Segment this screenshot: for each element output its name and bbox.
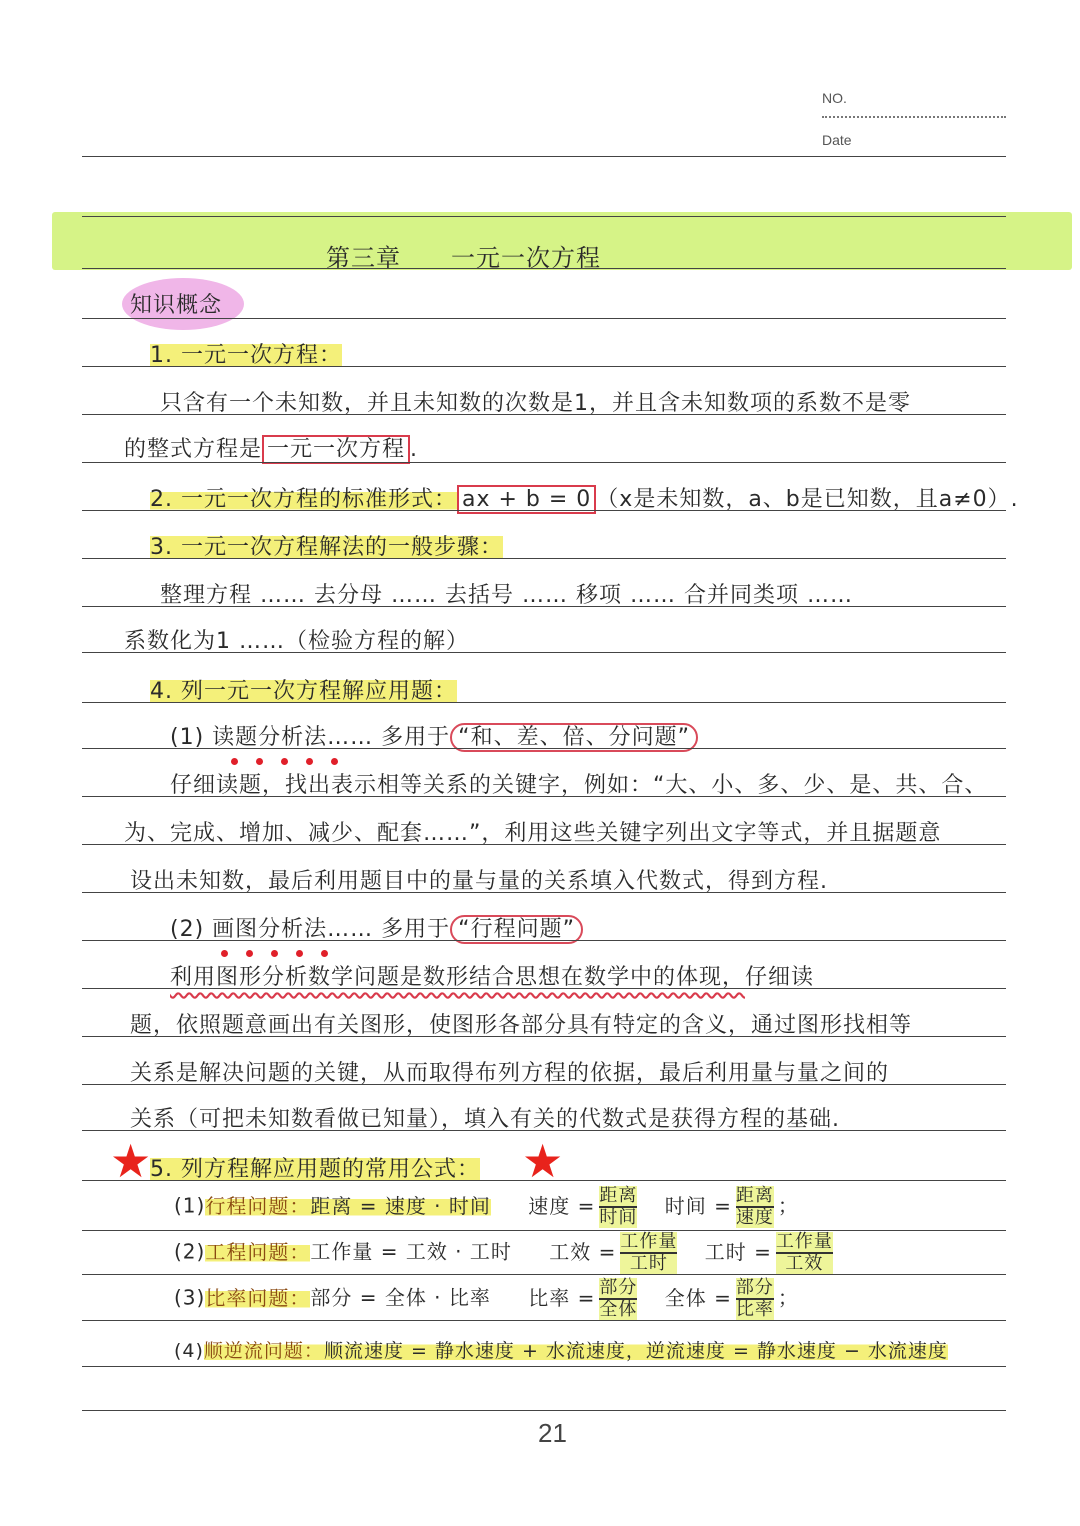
text: 仔细读 — [745, 965, 814, 990]
rule — [82, 462, 1006, 463]
formula-row-2: (2)工程问题：工作量 = 工效 · 工时 工效 =工作量工时 工时 =工作量工… — [174, 1232, 837, 1274]
text: . — [410, 437, 418, 462]
rule — [82, 216, 1006, 217]
method-1-body-1: 仔细读题，找出表示相等关系的关键字，例如：“大、小、多、少、是、共、合、 — [170, 768, 987, 799]
formula-name: 工程问题： — [205, 1240, 310, 1264]
formula-name: 行程问题： — [205, 1194, 310, 1218]
rule — [82, 652, 1006, 653]
method-1-body-3: 设出未知数，最后利用题目中的量与量的关系填入代数式，得到方程. — [130, 864, 828, 895]
header-rule — [82, 156, 1006, 157]
fraction: 工作量工效 — [776, 1232, 833, 1274]
formula-lhs: 全体 = — [665, 1286, 732, 1310]
formula-num: (3) — [174, 1286, 205, 1310]
formula-row-3: (3)比率问题：部分 = 全体 · 比率 比率 =部分全体 全体 =部分比率； — [174, 1278, 799, 1320]
item-3-body-1: 整理方程 …… 去分母 …… 去括号 …… 移项 …… 合并同类项 …… — [160, 578, 853, 609]
text: 的整式方程是 — [124, 437, 262, 462]
page-number: 21 — [538, 1418, 567, 1449]
item-1-title: 1. 一元一次方程： — [150, 338, 342, 369]
boxed-term: 一元一次方程 — [262, 435, 410, 464]
formula-lhs: 工时 = — [705, 1240, 772, 1264]
rule — [82, 558, 1006, 559]
rule — [82, 892, 1006, 893]
method-1-mid: …… 多用于 — [327, 725, 450, 750]
fraction: 部分全体 — [599, 1278, 637, 1320]
formula-main: 顺流速度 = 静水速度 + 水流速度，逆流速度 = 静水速度 − 水流速度 — [324, 1340, 948, 1362]
rule — [82, 606, 1006, 607]
method-2-body-2: 题，依照题意画出有关图形，使图形各部分具有特定的含义，通过图形找相等 — [130, 1008, 912, 1039]
formula-lhs: 比率 = — [528, 1286, 595, 1310]
rule — [82, 510, 1006, 511]
wavy-underlined-text: 利用图形分析数学问题是数形结合思想在数学中的体现， — [170, 965, 745, 990]
method-2: (2) 画图分析法…… 多用于“行程问题” — [170, 912, 583, 943]
formula-lhs: 工效 = — [549, 1240, 616, 1264]
rule — [82, 844, 1006, 845]
item-3-body-2: 系数化为1 ……（检验方程的解） — [124, 624, 469, 655]
formula-row-4: (4)顺逆流问题：顺流速度 = 静水速度 + 水流速度，逆流速度 = 静水速度 … — [174, 1336, 948, 1363]
rule — [82, 1320, 1006, 1321]
rule — [82, 702, 1006, 703]
rule — [82, 1180, 1006, 1181]
rule — [82, 940, 1006, 941]
formula-num: (1) — [174, 1194, 205, 1218]
formula-name: 比率问题： — [205, 1286, 310, 1310]
rule — [82, 366, 1006, 367]
section-tag: 知识概念 — [130, 288, 222, 319]
formula-main: 部分 = 全体 · 比率 — [310, 1286, 491, 1310]
rule — [82, 318, 1006, 319]
rule — [82, 1036, 1006, 1037]
item-1-body-2: 的整式方程是一元一次方程. — [124, 432, 418, 463]
formula-lhs: 速度 = — [528, 1194, 595, 1218]
rule — [82, 1130, 1006, 1131]
formula-row-1: (1)行程问题：距离 = 速度 · 时间 速度 =距离时间 时间 =距离速度； — [174, 1186, 799, 1228]
formula-lhs: 时间 = — [665, 1194, 732, 1218]
formula-main: 距离 = 速度 · 时间 — [310, 1194, 491, 1218]
formula-name: 顺逆流问题： — [204, 1340, 324, 1362]
fraction: 部分比率 — [736, 1278, 774, 1320]
item-2-note: （x是未知数，a、b是已知数，且a≠0）. — [596, 487, 1018, 512]
emphasis-dots — [222, 750, 347, 769]
method-2-body-4: 关系（可把未知数看做已知量），填入有关的代数式是获得方程的基础. — [130, 1102, 840, 1133]
rule — [82, 268, 1006, 269]
method-2-body-3: 关系是解决问题的关键，从而取得布列方程的依据，最后利用量与量之间的 — [130, 1056, 889, 1087]
rule — [82, 414, 1006, 415]
rule — [82, 988, 1006, 989]
footer-rule — [82, 1410, 1006, 1411]
method-1-title: (1) 读题分析法 — [170, 725, 327, 750]
formula-main: 工作量 = 工效 · 工时 — [310, 1240, 512, 1264]
method-2-mid: …… 多用于 — [327, 917, 450, 942]
item-2: 2. 一元一次方程的标准形式：ax + b = 0（x是未知数，a、b是已知数，… — [150, 482, 1019, 513]
item-1-body-1: 只含有一个未知数，并且未知数的次数是1，并且含未知数项的系数不是零 — [160, 386, 911, 417]
fraction: 工作量工时 — [620, 1232, 677, 1274]
method-2-body-1: 利用图形分析数学问题是数形结合思想在数学中的体现，仔细读 — [170, 960, 814, 991]
star-icon: ★ — [522, 1138, 563, 1184]
method-2-title: (2) 画图分析法 — [170, 917, 327, 942]
item-4-title: 4. 列一元一次方程解应用题： — [150, 674, 457, 705]
no-dotted-line — [822, 116, 1006, 118]
item-5-title: 5. 列方程解应用题的常用公式： — [150, 1152, 480, 1183]
fraction: 距离速度 — [736, 1186, 774, 1228]
rule — [82, 1230, 1006, 1231]
rule — [82, 1274, 1006, 1275]
item-3-title: 3. 一元一次方程解法的一般步骤： — [150, 530, 503, 561]
rule — [82, 748, 1006, 749]
fraction: 距离时间 — [599, 1186, 637, 1228]
star-icon: ★ — [110, 1138, 151, 1184]
formula-num: (2) — [174, 1240, 205, 1264]
item-2-title: 2. 一元一次方程的标准形式： — [150, 487, 457, 512]
rule — [82, 1084, 1006, 1085]
emphasis-dots — [212, 942, 337, 961]
rule — [82, 796, 1006, 797]
rule — [82, 1366, 1006, 1367]
formula-num: (4) — [174, 1340, 204, 1362]
date-label: Date — [822, 132, 852, 148]
no-label: NO. — [822, 90, 847, 106]
method-1: (1) 读题分析法…… 多用于“和、差、倍、分问题” — [170, 720, 698, 751]
method-1-body-2: 为、完成、增加、减少、配套……”，利用这些关键字列出文字等式，并且据题意 — [124, 816, 941, 847]
